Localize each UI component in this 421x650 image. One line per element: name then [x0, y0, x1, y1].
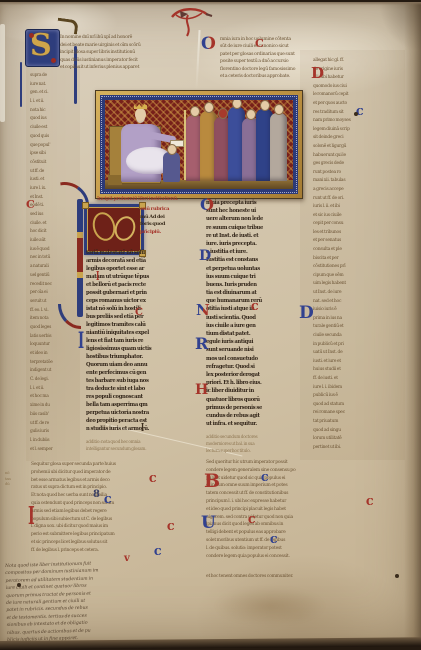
text-line: bella tam asperrima qm	[86, 401, 196, 409]
text-line: quod ad singu	[313, 427, 401, 436]
text-line: lorum utilitatē	[313, 435, 401, 444]
text-line: legem diuinā scrip	[313, 126, 401, 135]
text-line: nec in totū	[30, 254, 77, 263]
bottom-right-gloss: Sed queritur hic utrum imperator possitc…	[206, 459, 400, 560]
text-line: cōstituit	[30, 159, 77, 168]
paraph-red-bottom-right-2: C	[248, 517, 255, 526]
paraph-red-bottom-right-1: C	[366, 499, 373, 508]
cursive-annotation: Nota quod iste liber institutionum fuitc…	[5, 558, 189, 644]
text-line: foris quod	[140, 221, 194, 229]
gold-vine-ornament	[111, 213, 138, 243]
col1: toriā maiestatē nō solūarmis decoratā se…	[86, 249, 196, 433]
text-line: ente perfecimus cū gen	[86, 369, 196, 377]
kneeling-figure	[163, 152, 180, 182]
initial-D-blue-right-margin: D	[299, 305, 314, 322]
manuscript-photo: S	[0, 0, 421, 650]
text-line: cepit per consu	[313, 220, 401, 229]
text-line: niantiū iniquitates expel	[86, 329, 196, 337]
text-line: Sequitur glosa super secunda parte huius	[31, 461, 191, 469]
text-line: supra de	[30, 72, 77, 81]
text-line: tat priuatum	[313, 418, 401, 427]
text-line: ges grecis dede	[313, 160, 401, 169]
paraph-blue-bottom-right-1: C	[261, 475, 268, 484]
miniature-scene	[105, 100, 293, 189]
text-line: lectura super hoc titulo.	[206, 447, 306, 454]
page-edge-left	[0, 24, 5, 122]
text-line: et hoc ma	[30, 393, 77, 402]
courtier-7-head	[274, 104, 284, 115]
initial-H-red-col2: H	[195, 383, 208, 397]
initial-I-dark-col1: I	[141, 422, 144, 433]
text-line: ius ē quod	[30, 246, 77, 255]
initial-C-red-left-margin: C	[26, 199, 35, 210]
initial-C-red-top: C	[255, 38, 264, 49]
text-line: lex posterior derogat	[206, 371, 306, 379]
margin-note: nōtandū	[5, 470, 29, 487]
text-line: incipit glosa super libris institutionū	[60, 49, 202, 57]
text-line: ius ciuile a iure gen	[206, 322, 306, 330]
text-line: et per senatus	[313, 237, 401, 246]
left-margin-gloss: supra deiure nat.gen. et ci.l. i. et ii.…	[30, 72, 77, 454]
initial-C-red-col1: C	[135, 308, 143, 318]
text-line: quod ad statum	[313, 401, 401, 410]
text-line: sed ius	[30, 211, 77, 220]
text-line: puli. et uidetur quod sic quia populus e…	[206, 475, 400, 483]
text-line: et copilauit ut inferius plenius apparet	[60, 64, 202, 72]
text-line: refragetur. Quod si	[206, 363, 306, 371]
text-line: ic liber diuiditur in	[206, 387, 306, 395]
text-line: Sed queritur hic utrum imperator possit	[206, 459, 400, 467]
text-line: buens. Iuris pruden	[206, 281, 306, 289]
text-line: nota hic	[30, 107, 77, 116]
text-line: perpetua uictoria nostra	[86, 409, 196, 417]
col2: mnia precepta iurissunt hec honeste uiue…	[206, 199, 306, 428]
text-line: uel gentiū	[30, 272, 77, 281]
text-line: prima in ius na	[313, 315, 401, 324]
text-line: condere legem quia populus ei concessit.	[206, 553, 400, 561]
text-line: lens et fiat tam iuris re	[86, 337, 196, 345]
text-line: iusti scientia. Quod	[206, 314, 306, 322]
text-line: mani xii. tabulas	[313, 177, 401, 186]
text-line: Incipit prohemiū libri institutionū.	[97, 196, 211, 204]
text-line: sit deinde greci	[313, 134, 401, 143]
ink-dot	[395, 574, 399, 578]
text-line: iure. iuris precepta.	[206, 240, 306, 248]
text-line: iure nat.	[30, 81, 77, 90]
courtier-group	[189, 108, 291, 181]
initial-s-red-dot	[29, 33, 34, 38]
text-line: matam ut utrūque tēpus	[86, 273, 196, 281]
initial-R-blue-col2: R	[195, 336, 208, 352]
bottom-left-gloss: Sequitur glosa super secunda parte huius…	[31, 461, 191, 555]
page-edge-top	[0, 2, 421, 5]
text-line: armis decoratā sed etiā	[86, 257, 196, 265]
initial-s-ascender-hook	[56, 18, 79, 35]
text-line: latis uerbis	[30, 333, 77, 342]
king-head	[135, 108, 146, 121]
text-line: indigent ut	[30, 367, 77, 376]
initial-I-red-col1: I	[96, 270, 99, 282]
text-line: gen. et ci.	[30, 89, 77, 98]
text-line: sunt seruande nisi	[206, 346, 306, 354]
text-line: et ideo in	[30, 350, 77, 359]
page-corner-shadow	[361, 2, 421, 72]
initial-I-red-bottom-left: I	[28, 504, 35, 528]
paraph-red-bottom-left-2: C	[167, 524, 174, 533]
text-line: et bellorū et pacis recte	[86, 281, 196, 289]
rubric: Incipit prohemiū libri institutionū.	[97, 196, 211, 204]
text-line: que popul'	[30, 142, 77, 151]
text-line: le romanorū cepit	[313, 91, 401, 100]
text-line: ciuile. et	[30, 220, 77, 229]
text-line: et sic ius ciuile	[313, 212, 401, 221]
text-line: intelligantur secundum glosam.	[86, 445, 194, 452]
text-line: et l. semper	[30, 446, 77, 455]
text-line: toriā maiestatē nō solū	[86, 249, 196, 257]
text-line: legibus oportet esse ar	[86, 265, 196, 273]
text-line: iusti. et	[30, 176, 77, 185]
text-line: dei et beate marie uirginis et oīm scōrū	[60, 42, 202, 50]
text-line: uigorem. sed contra uidetur quod non qui…	[206, 514, 400, 522]
text-line: l. i. et ii.	[30, 98, 77, 107]
text-line: Quorum uiam deo annu	[86, 361, 196, 369]
col1-under: additio: nota quod hec omniaintelligantu…	[86, 438, 194, 452]
text-line: ff. eo. l. vi.	[30, 307, 77, 316]
text-line: iuisio iuris ē	[313, 306, 401, 315]
text-line: nam primo moyses	[313, 117, 401, 126]
text-line: hoc dicit	[30, 228, 77, 237]
text-line: condere legem generalem sine consensu po	[206, 467, 400, 475]
text-line: a naturali	[30, 263, 77, 272]
text-line: C. de legi.	[30, 376, 77, 385]
text-line: sunt hec honeste ui	[206, 207, 306, 215]
text-line: ius suum cuique tri	[206, 273, 306, 281]
courtier-3-head	[218, 108, 228, 119]
text-line: re ut Inst. de iusti. et	[206, 232, 306, 240]
text-line: moderniores ut bal. in sua	[206, 440, 306, 447]
text-line: quod ius	[30, 115, 77, 124]
text-line: solet moribus utentium ut ff. de legibus	[206, 537, 400, 545]
text-line: et in eum omne suum imperium et potes	[206, 482, 400, 490]
text-line: les et tribunos	[313, 229, 401, 238]
text-line: quatuor libros quorū	[206, 396, 306, 404]
text-line: iure l. ix.	[30, 185, 77, 194]
text-line: et Inst.	[30, 194, 77, 203]
paraph-dark-bottom-left: 8	[93, 490, 100, 500]
text-line: egule iuris antiqui	[206, 338, 306, 346]
initial-B-red-bottom-right: B	[204, 472, 220, 491]
text-line: telligi debent et populus eas approbare	[206, 529, 400, 537]
text-line: re suum cuique tribue	[206, 224, 306, 232]
text-line: runt ut ff. de ori.	[313, 195, 401, 204]
text-line: rei romane spec	[313, 409, 401, 418]
text-line: ut ff. de	[30, 168, 77, 177]
courtier-2-head	[204, 102, 214, 113]
text-line: seruit ut	[30, 298, 77, 307]
text-line: onū rubrica	[140, 206, 194, 214]
text-line: iure l. i. ibidem	[313, 384, 401, 393]
text-line: additio secundum doctores	[206, 433, 306, 440]
illuminated-initial-panel	[84, 204, 144, 255]
illuminated-initial-S: S	[25, 29, 60, 67]
text-line: e iustitia et iure.	[206, 248, 306, 256]
text-line: l. de quibus. solutio: imperator potest	[206, 545, 400, 553]
text-line: ipse sibi	[30, 150, 77, 159]
text-line: legitimos tramites calū	[86, 321, 196, 329]
text-line: l. ii. ubi habetur	[313, 74, 401, 83]
initial-D-red-right-margin: D	[311, 66, 324, 81]
text-line: mnia precepta iuris	[206, 199, 306, 207]
initial-U-blue-bottom-right: U	[201, 515, 216, 532]
red-mark-annotation: v	[124, 554, 130, 564]
text-line: lpianus dicit quod leges ab omnibus in	[206, 521, 400, 529]
courtier-5-head	[246, 109, 256, 120]
text-line: res populi cognoscant	[86, 393, 196, 401]
text-line: gulis iuris	[30, 428, 77, 437]
text-line: ut ff. de re	[30, 420, 77, 429]
text-line: tatem concessit ut ff. de constitutionib…	[206, 490, 400, 498]
text-line: ratus ut supra dictum est in principio.	[31, 484, 191, 492]
text-line: xime in du	[30, 402, 77, 411]
text-line: terpretatōe	[30, 359, 77, 368]
text-line: cōstitutiones prī	[313, 263, 401, 272]
courtier-1-head	[190, 106, 200, 117]
text-line: nat. sed et hoc	[313, 298, 401, 307]
text-line: hostibus triumphator.	[86, 353, 196, 361]
text-line: iuris l. ii. et ibi	[313, 203, 401, 212]
text-line: ceps romanus uictor ex	[86, 297, 196, 305]
text-line: l. i. et ii.	[30, 385, 77, 394]
paraph-blue-bottom-left-1: C	[104, 497, 111, 506]
text-line: additio: nota quod hec omnia	[86, 438, 194, 445]
text-line: quod quis	[30, 133, 77, 142]
text-line: iuile aūt	[30, 237, 77, 246]
text-line: bet esse armatus legibus et armis deco	[31, 477, 191, 485]
text-line: quod leges	[30, 324, 77, 333]
bottom-tail: et hoc tenent omnes doctores communiter.	[206, 573, 356, 581]
border-bar-extension	[77, 199, 83, 317]
text-line: prohemii ubi dicitur quod imperator de	[31, 469, 191, 477]
courtier-6-head	[260, 100, 270, 111]
text-line: tium distat patet.	[206, 330, 306, 338]
paraph-red-bottom-left-1: C	[149, 476, 156, 485]
text-line: pertinet ut ibi.	[313, 444, 401, 453]
miniature-painting	[95, 90, 303, 199]
courtier-7	[270, 113, 287, 181]
text-line: iusti. et iure et	[313, 358, 401, 367]
text-line: solonē et ligurgū	[313, 143, 401, 152]
text-line: runt postea ro	[313, 169, 401, 178]
text-line: item nota	[30, 315, 77, 324]
text-line: habuerunt qui le	[313, 152, 401, 161]
initial-O-parted-top: O	[201, 36, 216, 53]
text-line: biis casib'	[30, 411, 77, 420]
text-line: primus de personis se	[206, 404, 306, 412]
text-line: quas dnūs iustinianus imperator fecit	[60, 57, 202, 65]
text-line: mos uel consuetudo	[206, 355, 306, 363]
text-line: huius studii et	[313, 366, 401, 375]
text-line: publicū ius ē	[313, 392, 401, 401]
text-line: priori. Et h. libro eius.	[206, 379, 306, 387]
text-line: loquuntur	[30, 341, 77, 350]
text-line: In nomine dnī nrī ihū xpī ad honorē	[60, 34, 202, 42]
text-line: mū Ad dei	[140, 214, 194, 222]
text-line: possit gubernari et prin	[86, 289, 196, 297]
king-crown	[134, 103, 147, 109]
page-edge-right	[404, 2, 421, 643]
text-line: in publicū et pri	[313, 341, 401, 350]
text-line: eodē ti.	[30, 202, 77, 211]
text-line: cundus de rebus agit	[206, 412, 306, 420]
text-line: dū	[5, 481, 29, 487]
initial-N-parted-col2: N	[196, 303, 210, 318]
text-line: uere alterum non lede	[206, 215, 306, 223]
gloss-top-left: In nomine dnī nrī ihū xpī ad honorēdei e…	[60, 34, 202, 72]
courtier-4-head	[232, 100, 242, 109]
text-line: cipum que oēm	[313, 272, 401, 281]
text-line: et sic princeps licet legibus solutus si…	[31, 539, 191, 547]
text-line: prīcipiū.	[140, 229, 194, 237]
col2-under: additio secundum doctoresmoderniores ut …	[206, 433, 306, 454]
text-line: ff. de legibus l. princeps et cetera.	[31, 547, 191, 555]
paraph-red-col2: C	[251, 304, 258, 313]
text-line: recedit nec	[30, 281, 77, 290]
text-line: tra deducte sint et labo	[86, 385, 196, 393]
rubric-side: onū rubricamū Ad deiforis quodprīcipiū.	[140, 206, 194, 236]
text-line: et hoc tenent omnes doctores communiter.	[206, 573, 356, 581]
parchment-page: S	[0, 2, 421, 643]
initial-O-parted-col2: O	[200, 197, 214, 213]
text-line: armis sed etiam legibus debet regere	[31, 508, 191, 516]
paraph-blue-bottom-right-2: C	[270, 537, 277, 546]
text-line: biscita et per	[313, 255, 401, 264]
initial-D-blue-col2: D	[199, 249, 211, 263]
ink-dot	[17, 583, 21, 587]
text-line: turale gentiū et	[313, 323, 401, 332]
text-line: tia est diuinarum at	[206, 289, 306, 297]
text-line: tes barbare sub iuga nos	[86, 377, 196, 385]
initial-s-red-dot	[51, 58, 56, 63]
text-line: ciuile secunda	[313, 332, 401, 341]
text-line: ff. de iusti. et	[313, 375, 401, 384]
text-line: Iustitia est constans	[206, 256, 306, 264]
text-line: ut Inst. de iure	[313, 289, 401, 298]
text-line: ligiosissimus quam uictis	[86, 345, 196, 353]
text-line: et perpetua uoluntas	[206, 265, 306, 273]
kneeling-figure-head	[167, 144, 177, 155]
miniature-blue-border	[100, 95, 298, 194]
text-line: quomodo ius ciui	[313, 83, 401, 92]
initial-s-descender	[20, 62, 22, 107]
text-line: per oīa ei	[30, 289, 77, 298]
ink-dot	[354, 112, 358, 116]
text-line: uim legis habent	[313, 280, 401, 289]
text-line: ut infra. et sequitur.	[206, 420, 306, 428]
parchment-stain	[215, 587, 325, 625]
text-line: ciuile est	[30, 124, 77, 133]
text-line: l. in dubiis	[30, 437, 77, 446]
text-line: a grecis accepe	[313, 186, 401, 195]
text-line: consulta et ple	[313, 246, 401, 255]
text-line: uatū ut Inst. de	[313, 349, 401, 358]
initial-I-blue-col1: I	[78, 330, 84, 352]
paraph-blue-bottom-left-2: C	[154, 549, 161, 558]
gold-knob	[82, 202, 89, 209]
